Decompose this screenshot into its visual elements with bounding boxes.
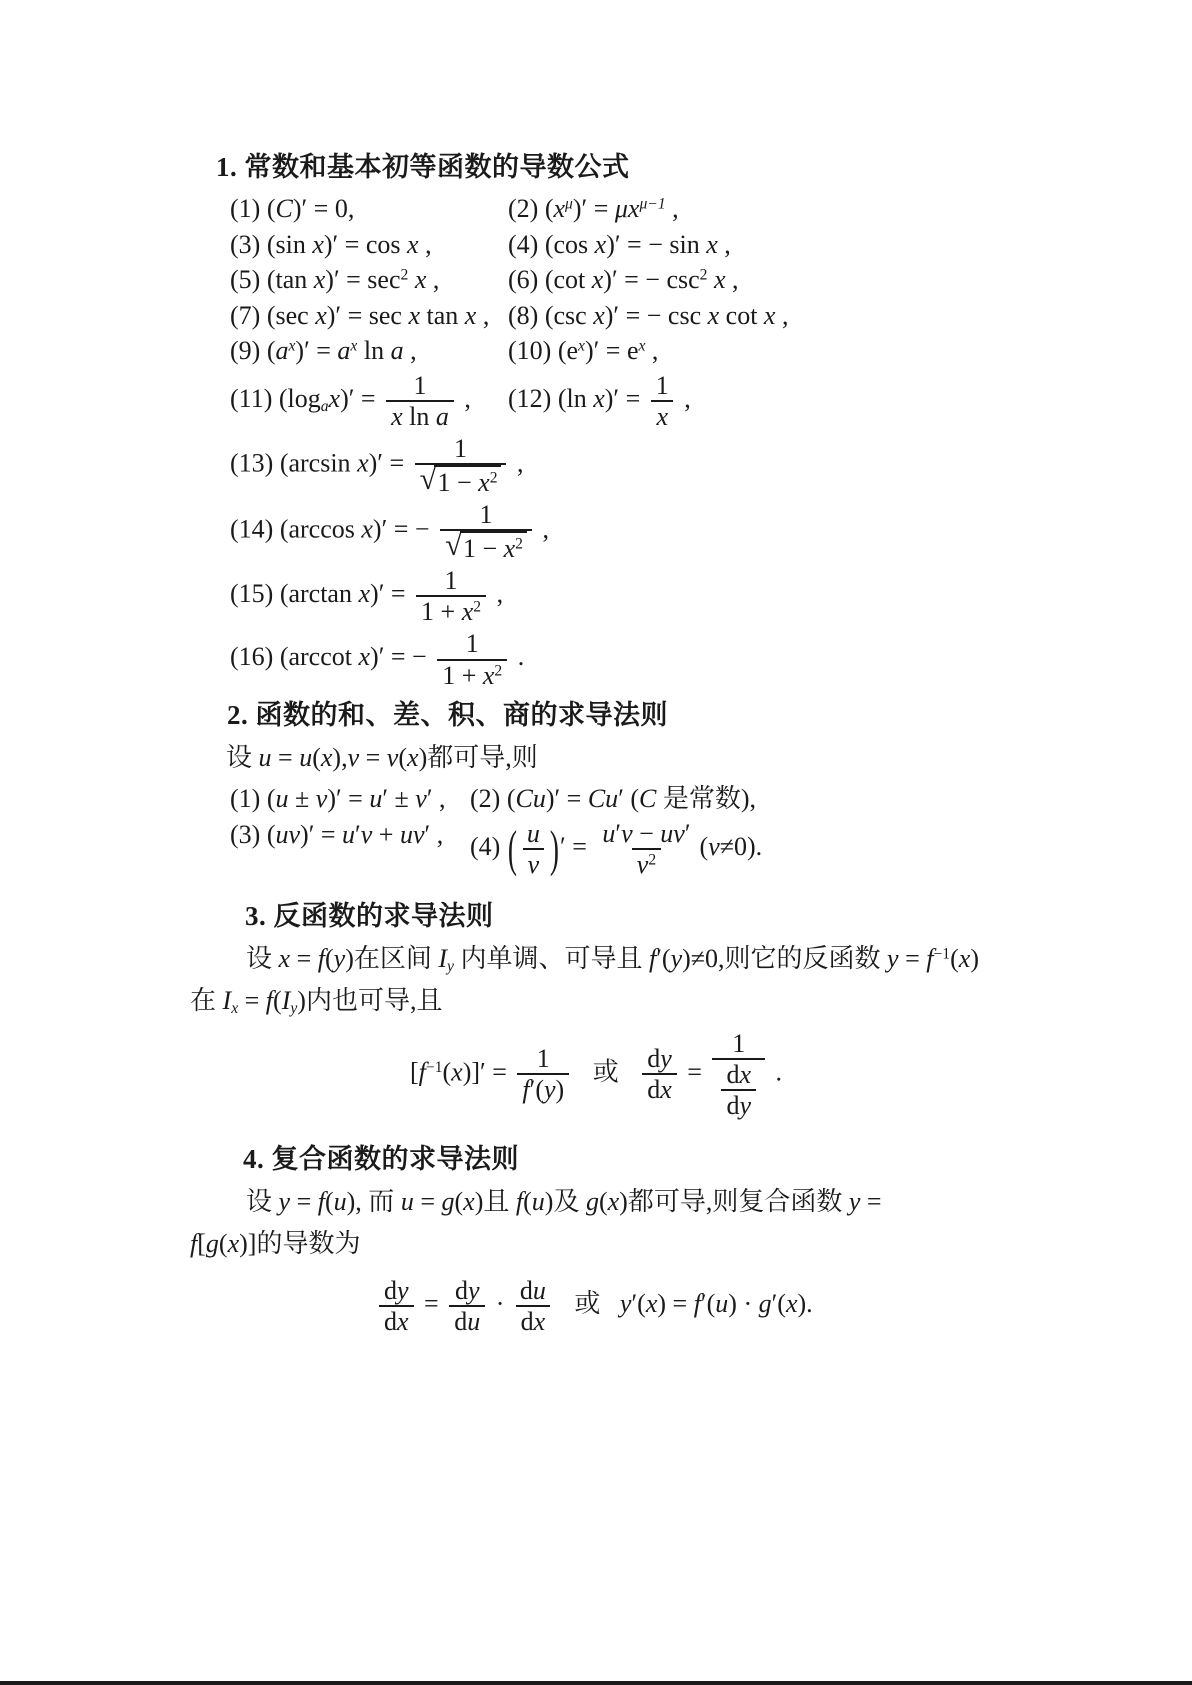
section-3: 3. 反函数的求导法则设 x = f(y)在区间 Iy 内单调、可导且 f′(y… — [190, 899, 1192, 1120]
paragraph-line: 在 Ix = f(Iy)内也可导,且 — [190, 984, 1192, 1018]
formula: (3) (uv)′ = u′v + uv′ , — [230, 819, 470, 879]
fraction: 11 + x2 — [437, 629, 507, 689]
formula: (15) (arctan x)′ = 11 + x2 , — [230, 566, 1192, 626]
formula: (3) (sin x)′ = cos x , — [230, 229, 508, 262]
fraction: 1x ln a — [386, 371, 454, 431]
scanned-textbook-page: 1. 常数和基本初等函数的导数公式(1) (C)′ = 0,(2) (xμ)′ … — [0, 0, 1192, 1685]
fraction: dydx — [642, 1044, 677, 1104]
formula-row: (1) (C)′ = 0,(2) (xμ)′ = μxμ−1 , — [230, 193, 1192, 226]
formula-row: (3) (uv)′ = u′v + uv′ ,(4) (uv)′ = u′v −… — [230, 819, 1192, 879]
section-heading: 3. 反函数的求导法则 — [245, 899, 1192, 934]
formula: (6) (cot x)′ = − csc2 x , — [508, 264, 1192, 297]
formula: (5) (tan x)′ = sec2 x , — [230, 264, 508, 297]
section-4: 4. 复合函数的求导法则设 y = f(u), 而 u = g(x)且 f(u)… — [190, 1142, 1192, 1336]
formula-row: (1) (u ± v)′ = u′ ± v′ ,(2) (Cu)′ = Cu′ … — [230, 783, 1192, 816]
fraction: dydx — [379, 1276, 414, 1336]
fraction: 1f′(y) — [517, 1044, 569, 1104]
fraction: 1x — [651, 371, 674, 431]
fraction: dxdy — [721, 1060, 756, 1120]
formula: (7) (sec x)′ = sec x tan x , — [230, 300, 508, 333]
formula-row: (7) (sec x)′ = sec x tan x ,(8) (csc x)′… — [230, 300, 1192, 333]
radical-sign-icon: √ — [445, 530, 462, 561]
fraction: dudx — [515, 1276, 551, 1336]
formula: (11) (logax)′ = 1x ln a , — [230, 371, 508, 431]
paragraph-line: 设 u = u(x),v = v(x)都可导,则 — [226, 741, 1192, 775]
fraction: uv — [522, 819, 545, 879]
formula: (14) (arccos x)′ = − 1√1 − x2 , — [230, 500, 1192, 563]
fraction: u′v − uv′v2 — [597, 819, 695, 879]
formula: (10) (ex)′ = ex , — [508, 335, 1192, 368]
formula: (1) (C)′ = 0, — [230, 193, 508, 226]
scan-bottom-edge — [0, 1681, 1192, 1685]
section-2: 2. 函数的和、差、积、商的求导法则设 u = u(x),v = v(x)都可导… — [190, 698, 1192, 879]
section-heading: 1. 常数和基本初等函数的导数公式 — [216, 150, 1192, 185]
display-formula: dydx = dydu · dudx 或 y′(x) = f′(u) · g′(… — [375, 1276, 1192, 1336]
radical: √1 − x2 — [420, 465, 502, 497]
formula-row: (11) (logax)′ = 1x ln a ,(12) (ln x)′ = … — [230, 371, 1192, 431]
section-heading: 2. 函数的和、差、积、商的求导法则 — [227, 698, 1192, 733]
formula: (16) (arccot x)′ = − 11 + x2 . — [230, 629, 1192, 689]
fraction: 1√1 − x2 — [415, 434, 507, 497]
section-heading: 4. 复合函数的求导法则 — [243, 1142, 1192, 1177]
page-content: 1. 常数和基本初等函数的导数公式(1) (C)′ = 0,(2) (xμ)′ … — [0, 0, 1192, 1348]
formula: (4) (uv)′ = u′v − uv′v2(v≠0). — [470, 819, 1192, 879]
paragraph-line: 设 y = f(u), 而 u = g(x)且 f(u)及 g(x)都可导,则复… — [246, 1185, 1192, 1219]
formula-row: (9) (ax)′ = ax ln a ,(10) (ex)′ = ex , — [230, 335, 1192, 368]
fraction: 1√1 − x2 — [440, 500, 532, 563]
formula: (8) (csc x)′ = − csc x cot x , — [508, 300, 1192, 333]
formula: (9) (ax)′ = ax ln a , — [230, 335, 508, 368]
paragraph-line: 设 x = f(y)在区间 Iy 内单调、可导且 f′(y)≠0,则它的反函数 … — [246, 942, 1192, 976]
fraction: dydu — [449, 1276, 485, 1336]
display-formula: [f−1(x)]′ = 1f′(y) 或 dydx = 1dxdy . — [410, 1029, 1192, 1120]
section-1: 1. 常数和基本初等函数的导数公式(1) (C)′ = 0,(2) (xμ)′ … — [190, 150, 1192, 690]
paragraph-line: f[g(x)]的导数为 — [190, 1227, 1192, 1261]
formula-row: (3) (sin x)′ = cos x ,(4) (cos x)′ = − s… — [230, 229, 1192, 262]
fraction: 11 + x2 — [416, 566, 486, 626]
formula: (12) (ln x)′ = 1x , — [508, 371, 1192, 431]
formula: (1) (u ± v)′ = u′ ± v′ , — [230, 783, 470, 816]
formula: (13) (arcsin x)′ = 1√1 − x2 , — [230, 434, 1192, 497]
fraction: 1dxdy — [712, 1029, 765, 1120]
radical-sign-icon: √ — [420, 464, 437, 495]
formula: (4) (cos x)′ = − sin x , — [508, 229, 1192, 262]
formula: (2) (Cu)′ = Cu′ (C 是常数), — [470, 783, 1192, 816]
radical: √1 − x2 — [445, 531, 527, 563]
formula-row: (5) (tan x)′ = sec2 x ,(6) (cot x)′ = − … — [230, 264, 1192, 297]
formula: (2) (xμ)′ = μxμ−1 , — [508, 193, 1192, 226]
